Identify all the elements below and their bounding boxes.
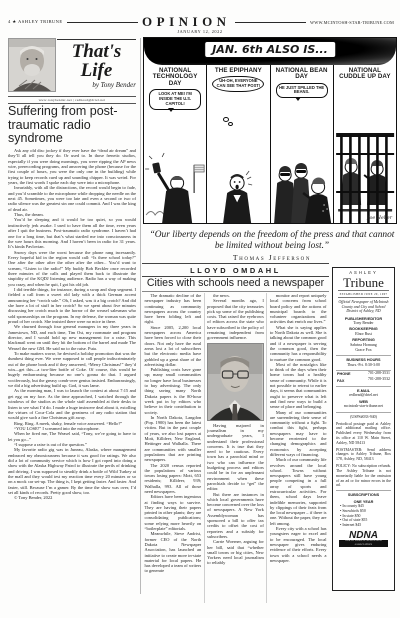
- article-paragraph: Most of the nostalgics like to think of …: [270, 362, 327, 410]
- quote-text: “Our liberty depends on the freedom of t…: [148, 230, 396, 251]
- article-paragraph: We churned through four general managers…: [8, 324, 136, 351]
- cartoon-panels: NATIONAL TECHNOLOGY DAY LOOK AT ME! I'M …: [144, 65, 396, 223]
- bookkeeping-name: Elnor Rust: [336, 332, 391, 337]
- website-url: WWW.MCINTOSH-STAR-TRIBUNE.COM: [310, 20, 394, 25]
- subscriptions-title: SUBSCRIPTIONS: [336, 490, 391, 498]
- tony-bender-photo-drawing: [9, 39, 55, 91]
- article-paragraph: I did terrible things, for instance, dur…: [8, 287, 136, 324]
- article-paragraph: The dramatic decline of the newspaper in…: [145, 293, 202, 325]
- column-byline: by Tony Bender: [57, 81, 136, 89]
- article-paragraph: Many of our communities are surrendering…: [270, 410, 327, 458]
- article-paragraph: Every city with a school has youngsters …: [270, 526, 327, 563]
- article-paragraph: But there are instances in which local g…: [207, 492, 264, 540]
- fax-row: FAX 701-288-3532: [336, 377, 391, 383]
- article-paragraph: monitor and report uniquely local concer…: [270, 293, 327, 325]
- article-paragraph: Invariably, with all the distractions, t…: [8, 185, 136, 212]
- bender-article-headline: Suffering from post-traumatic radio synd…: [8, 105, 135, 146]
- ndna-logo-text: NDNA: [336, 531, 391, 540]
- omdahl-column-3: monitor and report uniquely local concer…: [266, 293, 329, 603]
- omdahl-column-2-bottom: Having majored in journalism in my under…: [207, 423, 264, 566]
- portrait-lloyd-omdahl: [207, 343, 264, 421]
- page-header: 4 ★ ASHLEY TRIBUNE OPINION WWW.MCINTOSH-…: [8, 14, 394, 30]
- tribune-masthead: ASHLEY Tribune ESTABLISHED JUNE 29, 1907…: [332, 267, 395, 591]
- hours-value: Thurs.-Fri. 8:30-3:00: [336, 363, 391, 368]
- pull-quote: “Our liberty depends on the freedom of t…: [148, 230, 396, 262]
- email-label: E-MAIL: [336, 386, 391, 394]
- column-divider: [140, 38, 141, 594]
- omdahl-byline: LLOYD OMDAHL: [142, 263, 329, 277]
- agents-drawing: [271, 149, 333, 223]
- portrait-tony-bender: [8, 38, 56, 92]
- publisher-name: Tony Bender: [336, 321, 391, 326]
- cartoon-panel-technology-day: NATIONAL TECHNOLOGY DAY LOOK AT ME! I'M …: [144, 65, 206, 223]
- official-newspaper-note: Official Newspaper of McIntosh County an…: [336, 300, 391, 314]
- article-paragraph: Meanwhile, Steve Andrist, former CEO of …: [145, 531, 202, 573]
- omdahl-column-2-top: the news.Several months ago, I proposed …: [207, 293, 264, 341]
- header-rule-left: [67, 22, 138, 23]
- subscription-rate-item: • Internet $45: [336, 523, 391, 528]
- web-value: mcintosh-star-tribune.net: [336, 404, 391, 409]
- quote-attribution: Thomas Jefferson: [148, 253, 396, 262]
- phone-label: PHONE: [337, 372, 351, 377]
- subscription-rates: • In county $45• Snowbirds $50• In state…: [336, 504, 391, 528]
- article-paragraph: What she is saying applies to North Dako…: [270, 325, 327, 362]
- article-paragraph: My favorite radio gig was in Juneau, Ala…: [8, 447, 136, 495]
- article-paragraph: Carrie Woerner, arguing for her bill, sa…: [207, 539, 264, 565]
- article-paragraph: Several months ago, I proposed that the …: [207, 298, 264, 340]
- article-paragraph: Publishing costs have gone up; many smal…: [145, 367, 202, 415]
- phone-row: PHONE 701-288-3531: [336, 370, 391, 377]
- omdahl-column-1: The dramatic decline of the newspaper in…: [142, 293, 204, 603]
- omdahl-headline: Cities with schools need a newspaper: [142, 277, 329, 292]
- article-paragraph: Having majored in journalism in my under…: [207, 423, 264, 492]
- editorial-cartoon: JAN. 6th ALSO IS... NATIONAL TECHNOLOGY …: [143, 37, 397, 224]
- article-paragraph: In North Dakota, Langdon (Pop. 1900) has…: [145, 415, 202, 463]
- article-paragraph: Ask any old disc jockey if they ever hav…: [8, 148, 136, 185]
- newspaper-opinion-page: 4 ★ ASHLEY TRIBUNE OPINION WWW.MCINTOSH-…: [0, 0, 400, 618]
- worried-man-drawing: [207, 149, 269, 223]
- reporting-names: Sabrina HornungGrace Fox: [336, 343, 391, 352]
- hours-label: BUSINESS HOURS: [336, 355, 391, 363]
- column-title-line1: That's: [57, 42, 136, 62]
- article-paragraph: When he fired me, The Weasel said, “Tony…: [8, 431, 136, 442]
- article-paragraph: To make matters worse, he devised a holi…: [8, 351, 136, 388]
- panel-heading: NATIONAL CUDDLE UP DAY: [334, 65, 396, 81]
- ndna-logo: NDNA NORTH DAKOTA NEWSPAPER ASSOCIATION: [336, 531, 391, 547]
- article-paragraph: As the morning man, I was to launch the …: [8, 388, 136, 420]
- omdahl-column-2: the news.Several months ago, I proposed …: [204, 293, 267, 603]
- speech-bubble: HE JUST SPILLED THE BEANS.: [276, 83, 328, 99]
- page-number-and-paper: 4 ★ ASHLEY TRIBUNE: [8, 19, 63, 25]
- header-rule-right: [235, 22, 306, 23]
- lloyd-omdahl-photo-drawing: [208, 344, 263, 420]
- author-contact-line: www.tonybender.net | redhead@drtel.net: [8, 96, 136, 104]
- policy-notice: POLICY: No subscription refunds. The Ash…: [336, 464, 391, 488]
- periodical-notice: Periodical postage paid at Ashley and ad…: [336, 422, 391, 446]
- cartoon-panel-cuddle-up-day: NATIONAL CUDDLE UP DAY: [333, 65, 396, 223]
- panel-heading: THE EPIPHANY: [207, 65, 269, 74]
- page-date: JANUARY 12, 2022: [0, 29, 400, 34]
- article-paragraph: The 2020 census reported the populations…: [145, 463, 202, 495]
- thought-bubble: UH-OH, EVERYONE CAN SEE THAT POST!: [212, 76, 264, 92]
- masthead-brand: Tribune: [336, 276, 391, 289]
- article-paragraph: Editors have been ingenious at finding w…: [145, 494, 202, 531]
- speech-bubble: LOOK AT ME! I'M INSIDE THE U.S. CAPITOL!: [149, 89, 201, 109]
- cartoon-title: JAN. 6th ALSO IS...: [204, 41, 336, 58]
- jail-cell-drawing: [334, 131, 396, 223]
- omdahl-article-body: The dramatic decline of the newspaper in…: [142, 293, 329, 603]
- article-paragraph: You’d be sleeping and it would be too qu…: [8, 217, 136, 249]
- cartoonist-signature: Joe Heller: [368, 216, 392, 221]
- cartoon-panel-epiphany: THE EPIPHANY UH-OH, EVERYONE CAN SEE THA…: [206, 65, 269, 223]
- article-paragraph: Snowy days were the worst because the ph…: [8, 250, 136, 287]
- cartoon-panel-bean-day: NATIONAL BEAN DAY HE JUST SPILLED THE BE…: [270, 65, 333, 223]
- column-title-block: That's Life by Tony Bender: [57, 39, 136, 89]
- bender-article-body: Ask any old disc jockey if they ever hav…: [8, 148, 136, 585]
- masthead-established: ESTABLISHED JUNE 29, 1907: [338, 290, 389, 298]
- usps-number: (USPS#033-940): [336, 412, 391, 420]
- postmaster-notice: POSTMASTER: Send address changes to Ashl…: [336, 448, 391, 462]
- thought-dot: [228, 122, 233, 126]
- capitol-selfie-drawing: [144, 149, 206, 223]
- column-title-line2: Life: [57, 62, 136, 80]
- section-title: OPINION: [142, 14, 231, 30]
- email-value: redhead@drtel.net: [336, 393, 391, 398]
- article-paragraph: © Tony Bender, 2022: [8, 495, 136, 500]
- article-paragraph: Much of our community life revolves arou…: [270, 457, 327, 526]
- panel-heading: NATIONAL BEAN DAY: [271, 65, 333, 81]
- panel-heading: NATIONAL TECHNOLOGY DAY: [144, 65, 206, 87]
- reporter-name: Grace Fox: [336, 348, 391, 353]
- article-paragraph: Since 2005, 2,200 local newspapers acros…: [145, 325, 202, 367]
- ndna-logo-caption: NORTH DAKOTA NEWSPAPER ASSOCIATION: [339, 540, 388, 547]
- fax-number: 701-288-3532: [368, 377, 390, 383]
- fax-label: FAX: [337, 379, 344, 384]
